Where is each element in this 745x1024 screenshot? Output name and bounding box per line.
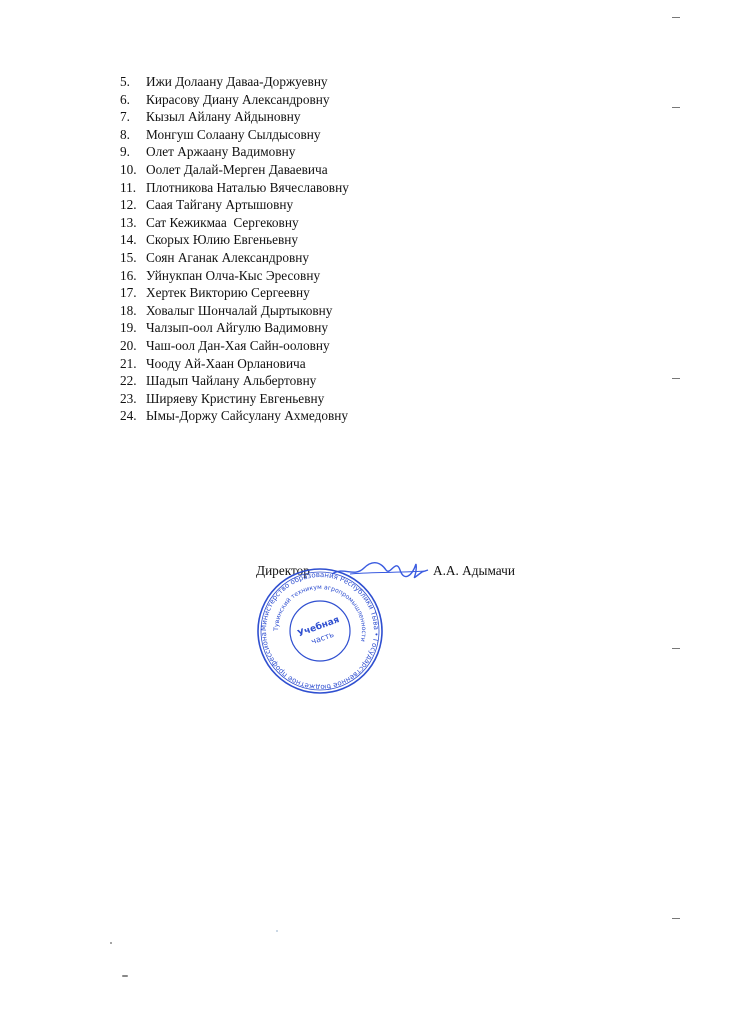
list-item-number: 19. (120, 319, 146, 337)
list-item-number: 12. (120, 196, 146, 214)
list-item: 22.Шадып Чайлану Альбертовну (120, 372, 349, 390)
list-item-number: 16. (120, 267, 146, 285)
list-item-name: Чаш-оол Дан-Хая Сайн-ооловну (146, 337, 330, 355)
list-item-number: 18. (120, 302, 146, 320)
list-item: 18.Ховалыг Шончалай Дыртыковну (120, 302, 349, 320)
list-item-number: 15. (120, 249, 146, 267)
list-item-name: Чалзып-оол Айгулю Вадимовну (146, 319, 328, 337)
list-item-name: Хертек Викторию Сергеевну (146, 284, 310, 302)
list-item-name: Оолет Далай-Мерген Даваевича (146, 161, 328, 179)
scan-mark (672, 378, 680, 379)
list-item: 20.Чаш-оол Дан-Хая Сайн-ооловну (120, 337, 349, 355)
list-item: 17.Хертек Викторию Сергеевну (120, 284, 349, 302)
list-item: 6.Кирасову Диану Александровну (120, 91, 349, 109)
scan-mark (672, 107, 680, 108)
list-item: 13.Сат Кежикмаа Сергековну (120, 214, 349, 232)
list-item: 9.Олет Аржаану Вадимовну (120, 143, 349, 161)
list-item-number: 7. (120, 108, 146, 126)
list-item-name: Ымы-Доржу Сайсулану Ахмедовну (146, 407, 348, 425)
list-item-name: Саая Тайгану Артышовну (146, 196, 293, 214)
list-item: 15.Соян Аганак Александровну (120, 249, 349, 267)
scan-speck (122, 975, 128, 977)
list-item: 14.Скорых Юлию Евгеньевну (120, 231, 349, 249)
list-item: 12.Саая Тайгану Артышовну (120, 196, 349, 214)
list-item: 8.Монгуш Солаану Сылдысовну (120, 126, 349, 144)
list-item-name: Ховалыг Шончалай Дыртыковну (146, 302, 332, 320)
scan-mark (672, 17, 680, 18)
list-item-number: 24. (120, 407, 146, 425)
list-item-number: 10. (120, 161, 146, 179)
list-item-number: 22. (120, 372, 146, 390)
list-item-name: Олет Аржаану Вадимовну (146, 143, 295, 161)
list-item-name: Ширяеву Кристину Евгеньевну (146, 390, 324, 408)
list-item-number: 20. (120, 337, 146, 355)
list-item-name: Кирасову Диану Александровну (146, 91, 330, 109)
list-item-name: Уйнукпан Олча-Кыс Эресовну (146, 267, 320, 285)
list-item-name: Сат Кежикмаа Сергековну (146, 214, 299, 232)
list-item-number: 9. (120, 143, 146, 161)
list-item-number: 6. (120, 91, 146, 109)
list-item-name: Ижи Долаану Даваа-Доржуевну (146, 73, 328, 91)
list-item-name: Монгуш Солаану Сылдысовну (146, 126, 321, 144)
list-item-number: 8. (120, 126, 146, 144)
list-item-number: 21. (120, 355, 146, 373)
list-item-number: 13. (120, 214, 146, 232)
list-item-name: Шадып Чайлану Альбертовну (146, 372, 316, 390)
scan-mark (672, 648, 680, 649)
list-item: 23.Ширяеву Кристину Евгеньевну (120, 390, 349, 408)
list-item: 7.Кызыл Айлану Айдыновну (120, 108, 349, 126)
list-item-number: 14. (120, 231, 146, 249)
list-item: 21.Чооду Ай-Хаан Орлановича (120, 355, 349, 373)
list-item-name: Плотникова Наталью Вячеславовну (146, 179, 349, 197)
list-item: 11.Плотникова Наталью Вячеславовну (120, 179, 349, 197)
scan-speck (276, 930, 278, 932)
list-item: 10.Оолет Далай-Мерген Даваевича (120, 161, 349, 179)
signature-name: А.А. Адымачи (433, 563, 515, 579)
scan-speck (110, 942, 112, 944)
list-item-number: 11. (120, 179, 146, 197)
list-item-number: 5. (120, 73, 146, 91)
list-item-name: Соян Аганак Александровну (146, 249, 309, 267)
official-stamp: Министерство образования Республики Тыва… (255, 566, 385, 696)
list-item: 16.Уйнукпан Олча-Кыс Эресовну (120, 267, 349, 285)
list-item: 5.Ижи Долаану Даваа-Доржуевну (120, 73, 349, 91)
list-item-name: Чооду Ай-Хаан Орлановича (146, 355, 306, 373)
list-item-name: Скорых Юлию Евгеньевну (146, 231, 298, 249)
student-list: 5.Ижи Долаану Даваа-Доржуевну6.Кирасову … (120, 73, 349, 425)
list-item-number: 23. (120, 390, 146, 408)
list-item-name: Кызыл Айлану Айдыновну (146, 108, 301, 126)
list-item: 24.Ымы-Доржу Сайсулану Ахмедовну (120, 407, 349, 425)
list-item-number: 17. (120, 284, 146, 302)
list-item: 19.Чалзып-оол Айгулю Вадимовну (120, 319, 349, 337)
scan-mark (672, 918, 680, 919)
